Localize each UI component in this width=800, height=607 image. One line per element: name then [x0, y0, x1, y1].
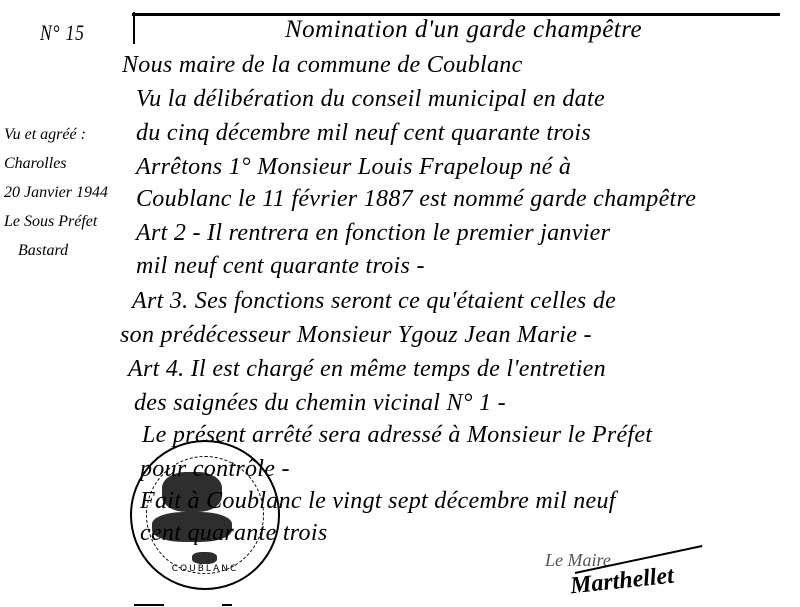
- bottom-dash-mark: [222, 604, 232, 606]
- body-line: Coublanc le 11 février 1887 est nommé ga…: [136, 186, 696, 213]
- seal-ink-blot: [162, 472, 222, 512]
- body-line: Art 3. Ses fonctions seront ce qu'étaien…: [132, 288, 616, 315]
- seal-ink-blot: [192, 552, 217, 564]
- body-line: Art 2 - Il rentrera en fonction le premi…: [136, 220, 610, 247]
- body-line: Art 4. Il est chargé en même temps de l'…: [128, 356, 606, 383]
- document-title: Nomination d'un garde champêtre: [285, 16, 642, 44]
- body-line: Vu la délibération du conseil municipal …: [136, 86, 605, 113]
- margin-line: Le Sous Préfet: [4, 207, 124, 236]
- margin-line: Bastard: [4, 236, 124, 265]
- body-line: des saignées du chemin vicinal N° 1 -: [134, 390, 506, 417]
- body-line: son prédécesseur Monsieur Ygouz Jean Mar…: [120, 322, 592, 349]
- body-line: mil neuf cent quarante trois -: [136, 253, 425, 280]
- bottom-dash-mark: [134, 604, 164, 606]
- municipal-seal-stamp: COUBLANC: [130, 440, 280, 590]
- body-line: Arrêtons 1° Monsieur Louis Frapeloup né …: [136, 154, 571, 181]
- margin-vertical-line: [133, 12, 135, 44]
- seal-text: COUBLANC: [132, 564, 278, 574]
- document-page: N° 15 Nomination d'un garde champêtre Vu…: [0, 0, 800, 607]
- body-line: du cinq décembre mil neuf cent quarante …: [136, 120, 591, 147]
- margin-annotation: Vu et agréé : Charolles 20 Janvier 1944 …: [4, 120, 124, 265]
- top-rule-thin-line: [560, 14, 780, 15]
- body-line: Nous maire de la commune de Coublanc: [122, 52, 523, 79]
- margin-line: 20 Janvier 1944: [4, 178, 124, 207]
- margin-line: Vu et agréé :: [4, 120, 124, 149]
- reference-number: N° 15: [40, 20, 85, 46]
- margin-line: Charolles: [4, 149, 124, 178]
- seal-ink-blot: [152, 512, 232, 542]
